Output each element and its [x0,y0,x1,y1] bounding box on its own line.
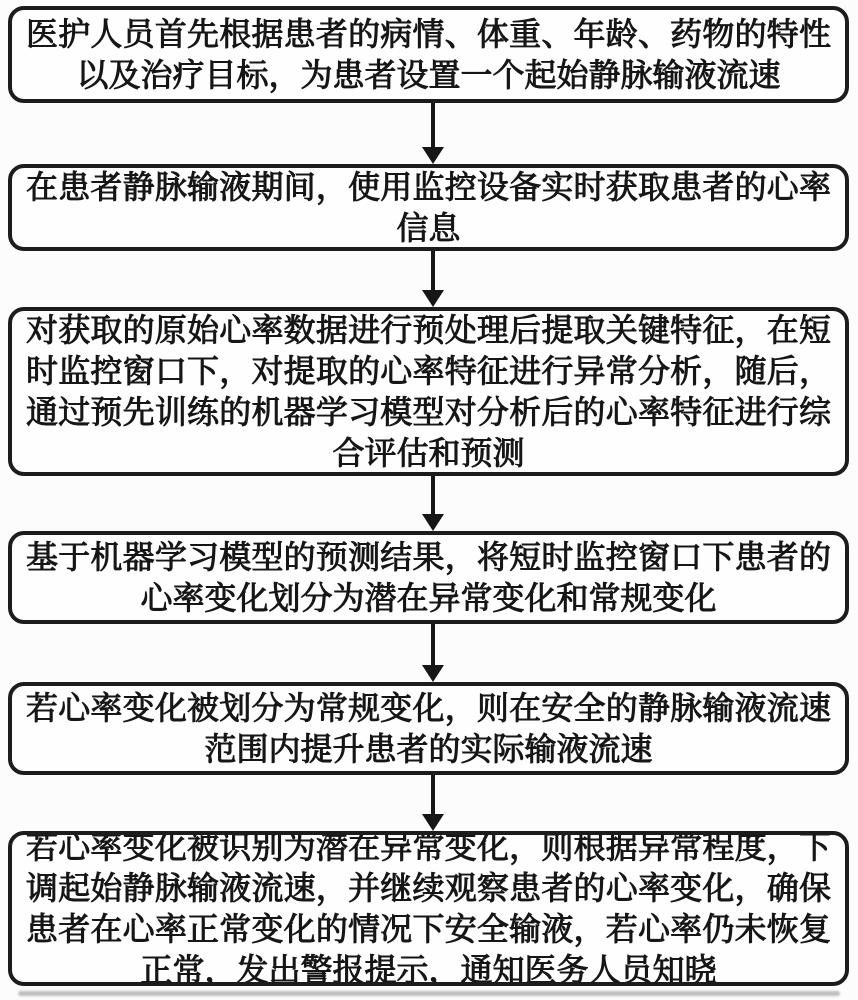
arrow-head [422,814,444,831]
arrow-shaft [431,476,435,514]
arrow-head [422,514,444,531]
arrow-down-icon-3 [422,476,444,531]
flow-step-3-text: 对获取的原始心率数据进行预处理后提取关键特征，在短时监控窗口下，对提取的心率特征… [26,310,831,474]
arrow-head [422,290,444,307]
flow-step-1: 医护人员首先根据患者的病情、体重、年龄、药物的特性以及治疗目标，为患者设置一个起… [8,6,849,103]
flow-step-6: 若心率变化被识别为潜在异常变化，则根据异常程度，下调起始静脉输液流速，并继续观察… [8,831,849,986]
arrow-head [422,147,444,164]
flow-step-5: 若心率变化被划分为常规变化，则在安全的静脉输液流速范围内提升患者的实际输液流速 [8,682,849,775]
flow-step-2: 在患者静脉输液期间，使用监控设备实时获取患者的心率信息 [8,164,849,251]
arrow-shaft [431,775,435,814]
flow-step-3: 对获取的原始心率数据进行预处理后提取关键特征，在短时监控窗口下，对提取的心率特征… [8,307,849,476]
flow-step-6-text: 若心率变化被识别为潜在异常变化，则根据异常程度，下调起始静脉输液流速，并继续观察… [26,831,831,986]
flow-step-5-text: 若心率变化被划分为常规变化，则在安全的静脉输液流速范围内提升患者的实际输液流速 [26,688,831,770]
arrow-shaft [431,624,435,665]
arrow-down-icon-1 [422,103,444,164]
flow-step-1-text: 医护人员首先根据患者的病情、体重、年龄、药物的特性以及治疗目标，为患者设置一个起… [26,14,831,96]
arrow-head [422,665,444,682]
flow-step-4: 基于机器学习模型的预测结果，将短时监控窗口下患者的心率变化划分为潜在异常变化和常… [8,531,849,624]
flow-step-4-text: 基于机器学习模型的预测结果，将短时监控窗口下患者的心率变化划分为潜在异常变化和常… [26,537,831,619]
arrow-down-icon-5 [422,775,444,831]
arrow-shaft [431,251,435,290]
arrow-shaft [431,103,435,147]
flow-step-2-text: 在患者静脉输液期间，使用监控设备实时获取患者的心率信息 [26,167,831,249]
scan-shadow-line [18,991,840,996]
arrow-down-icon-4 [422,624,444,682]
flowchart-canvas: 医护人员首先根据患者的病情、体重、年龄、药物的特性以及治疗目标，为患者设置一个起… [0,0,858,1000]
arrow-down-icon-2 [422,251,444,307]
